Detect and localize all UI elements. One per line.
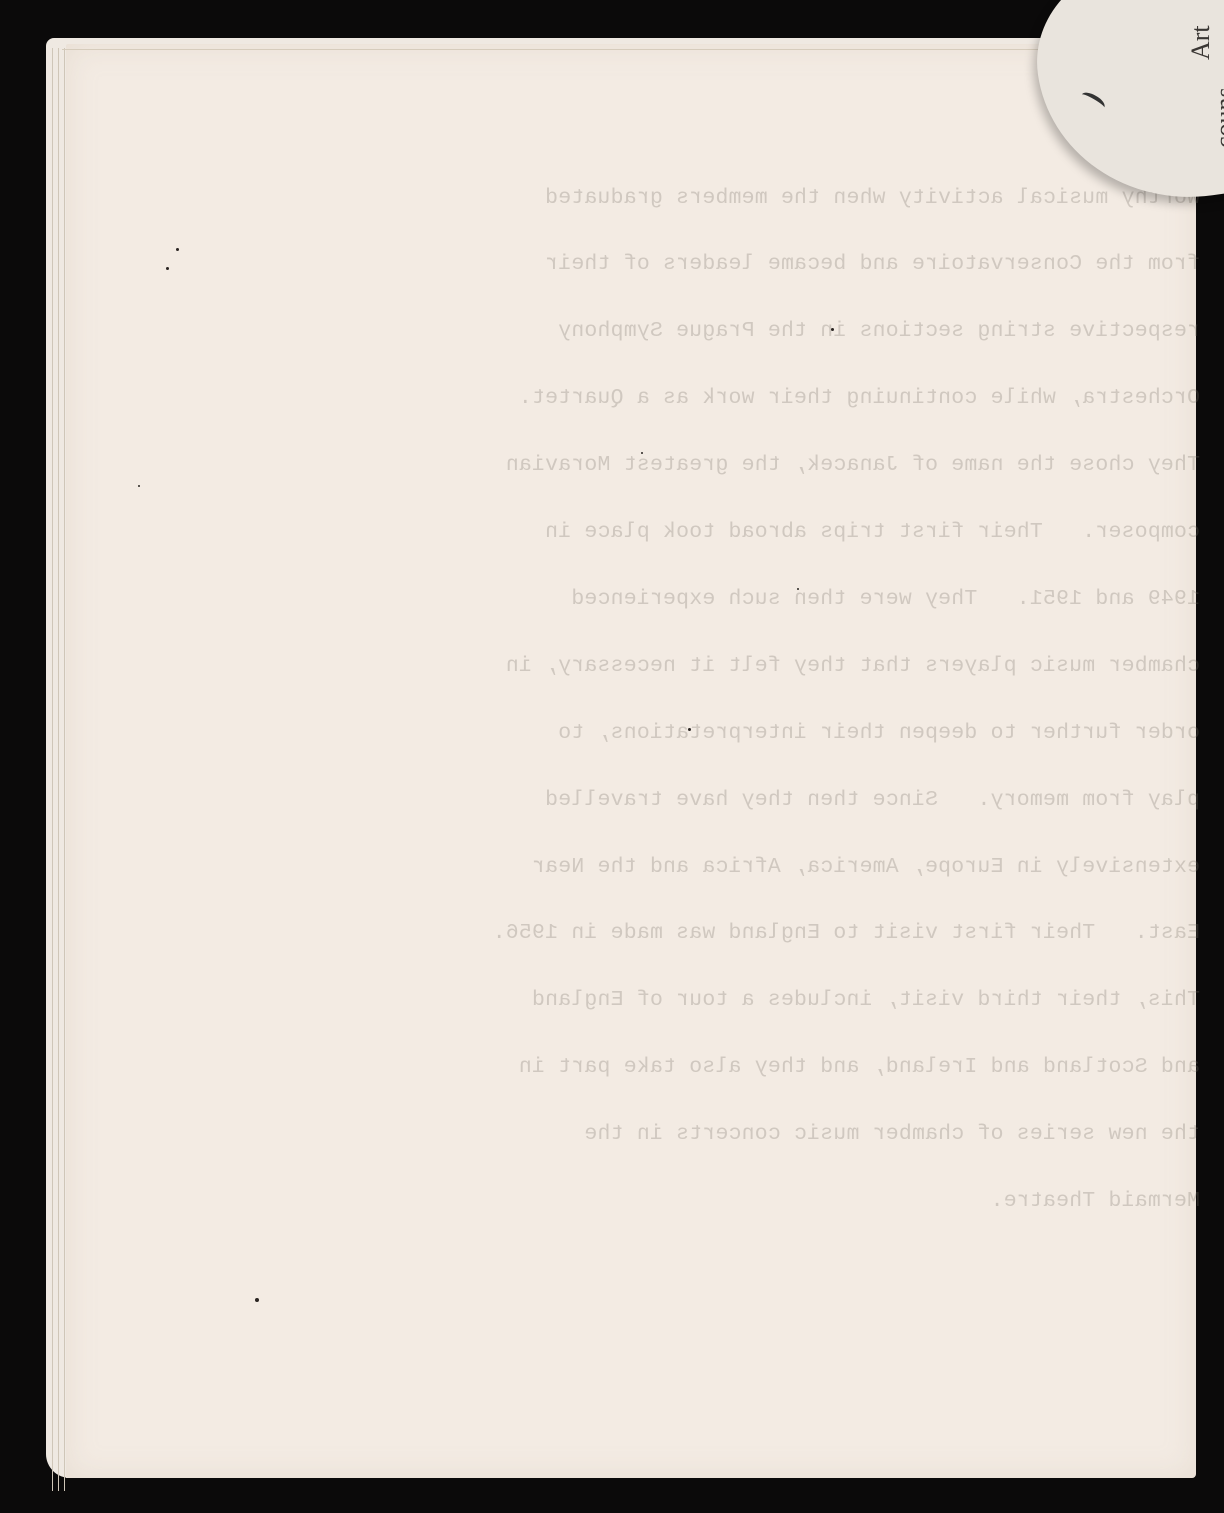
text-line: East. Their first visit to England was m… xyxy=(160,922,1200,944)
text-line: respective string sections in the Prague… xyxy=(160,320,1200,342)
text-line: 1949 and 1951. They were then such exper… xyxy=(160,588,1200,610)
text-line: Mermaid Theatre. xyxy=(160,1190,1200,1212)
text-line: order further to deepen their interpreta… xyxy=(160,722,1200,744)
ink-speck xyxy=(166,267,169,270)
ink-speck xyxy=(255,1298,259,1302)
text-line: and Scotland and Ireland, and they also … xyxy=(160,1056,1200,1078)
text-line: This, their third visit, includes a tour… xyxy=(160,989,1200,1011)
ink-speck xyxy=(688,728,691,731)
text-line: chamber music players that they felt it … xyxy=(160,655,1200,677)
page-stack-edge xyxy=(64,48,65,1491)
ink-speck xyxy=(176,248,179,251)
text-line: extensively in Europe, America, Africa a… xyxy=(160,856,1200,878)
text-line: They chose the name of Janacek, the grea… xyxy=(160,454,1200,476)
curled-corner-text: Art xyxy=(1186,25,1216,60)
ink-speck xyxy=(641,452,643,454)
page-stack-edge xyxy=(52,48,53,1491)
page-stack-edge xyxy=(58,48,59,1491)
text-line: the new series of chamber music concerts… xyxy=(160,1123,1200,1145)
curled-corner-text: couns xyxy=(1210,87,1224,148)
text-line: Orchestra, while continuing their work a… xyxy=(160,387,1200,409)
text-line: composer. Their first trips abroad took … xyxy=(160,521,1200,543)
ink-speck xyxy=(138,485,140,487)
page-top-edge xyxy=(62,49,1062,50)
text-line: play from memory. Since then they have t… xyxy=(160,789,1200,811)
show-through-text: worthy musical activity when the members… xyxy=(160,142,1200,1235)
text-line: worthy musical activity when the members… xyxy=(160,187,1200,209)
ink-speck xyxy=(797,588,799,590)
ink-speck xyxy=(831,328,834,331)
text-line: from the Conservatoire and became leader… xyxy=(160,253,1200,275)
